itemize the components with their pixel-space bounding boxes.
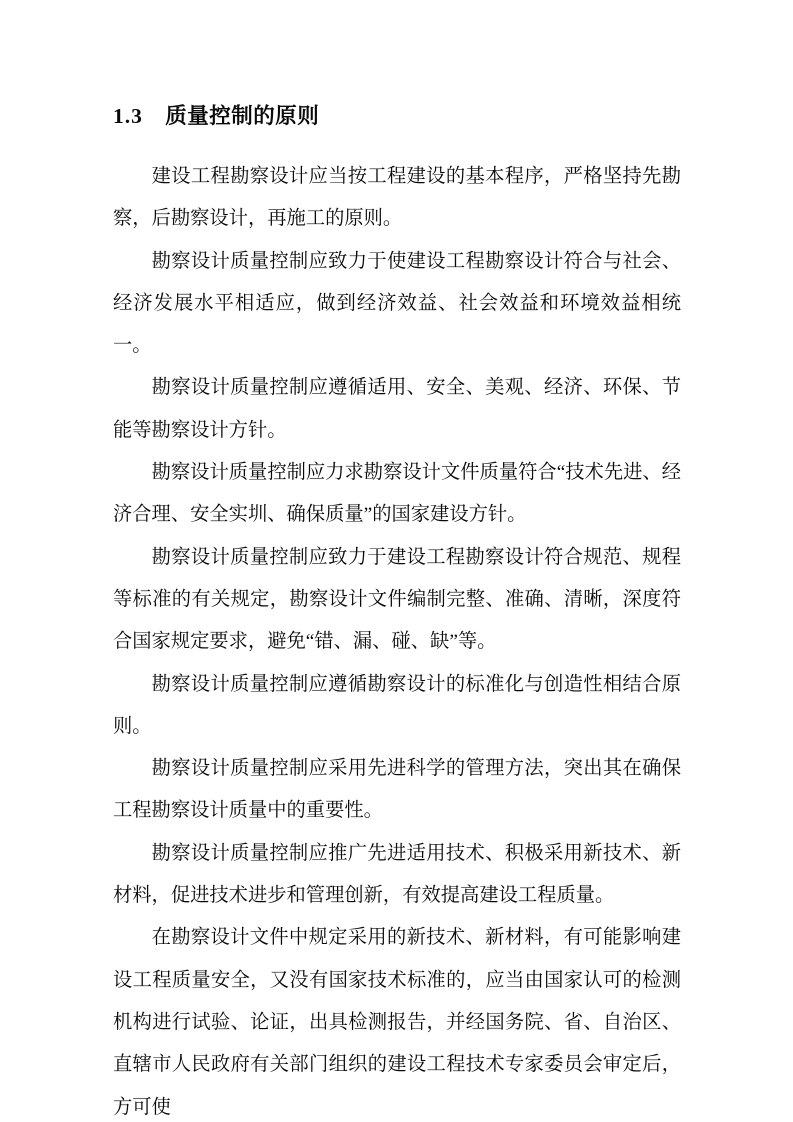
document-body: 建设工程勘察设计应当按工程建设的基本程序，严格坚持先勘察，后勘察设计，再施工的原… <box>113 156 681 1122</box>
paragraph: 勘察设计质量控制应致力于使建设工程勘察设计符合与社会、经济发展水平相适应，做到经… <box>113 241 681 368</box>
section-number: 1.3 <box>113 102 143 131</box>
paragraph: 在勘察设计文件中规定采用的新技术、新材料，有可能影响建设工程质量安全，又没有国家… <box>113 917 681 1122</box>
paragraph: 勘察设计质量控制应遵循适用、安全、美观、经济、环保、节能等勘察设计方针。 <box>113 367 681 452</box>
paragraph: 勘察设计质量控制应遵循勘察设计的标准化与创造性相结合原则。 <box>113 664 681 749</box>
paragraph: 勘察设计质量控制应力求勘察设计文件质量符合“技术先进、经济合理、安全实圳、确保质… <box>113 452 681 537</box>
document-page: 1.3 质量控制的原则 建设工程勘察设计应当按工程建设的基本程序，严格坚持先勘察… <box>0 0 793 1122</box>
section-heading: 1.3 质量控制的原则 <box>113 102 681 131</box>
section-title: 质量控制的原则 <box>165 102 319 131</box>
paragraph: 勘察设计质量控制应致力于建设工程勘察设计符合规范、规程等标准的有关规定，勘察设计… <box>113 537 681 664</box>
paragraph: 勘察设计质量控制应推广先进适用技术、积极采用新技术、新材料，促进技术进步和管理创… <box>113 833 681 918</box>
paragraph: 建设工程勘察设计应当按工程建设的基本程序，严格坚持先勘察，后勘察设计，再施工的原… <box>113 156 681 241</box>
paragraph: 勘察设计质量控制应采用先进科学的管理方法，突出其在确保工程勘察设计质量中的重要性… <box>113 748 681 833</box>
